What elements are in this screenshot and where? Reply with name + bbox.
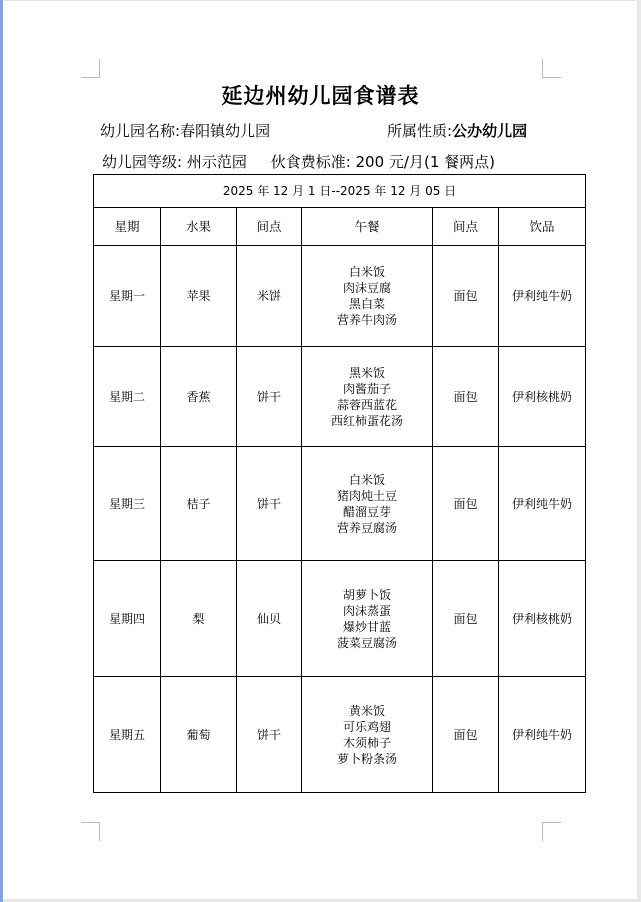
drink-cell: 伊利核桃奶 [499, 347, 586, 447]
header-fruit: 水果 [161, 208, 237, 246]
fruit-cell: 桔子 [161, 447, 237, 561]
snack1-cell: 饼干 [237, 447, 302, 561]
crop-mark-bottom-right [542, 822, 561, 841]
drink-cell: 伊利核桃奶 [499, 561, 586, 677]
window-left-edge [0, 0, 3, 902]
snack2-cell: 面包 [433, 561, 499, 677]
lunch-cell: 白米饭 肉沫豆腐 黑白菜 营养牛肉汤 [302, 246, 433, 347]
meal-fee-value: 200 元/月(1 餐两点) [351, 153, 495, 171]
lunch-item: 胡萝卜饭 [302, 587, 432, 603]
snack1-cell: 饼干 [237, 677, 302, 793]
lunch-item: 菠菜豆腐汤 [302, 635, 432, 651]
kindergarten-name-label: 幼儿园名称: [100, 122, 180, 140]
lunch-item: 肉酱茄子 [302, 381, 432, 397]
kindergarten-nature-label: 所属性质: [387, 122, 452, 140]
drink-cell: 伊利纯牛奶 [499, 677, 586, 793]
table-row: 星期三 桔子 饼干 白米饭 猪肉炖土豆 醋溜豆芽 营养豆腐汤 面包 伊利纯牛奶 [94, 447, 586, 561]
menu-table: 2025 年 12 月 1 日--2025 年 12 月 05 日 星期 水果 … [93, 174, 586, 793]
lunch-item: 西红柿蛋花汤 [302, 413, 432, 429]
snack1-cell: 饼干 [237, 347, 302, 447]
lunch-item: 黑白菜 [302, 296, 432, 312]
fruit-cell: 香蕉 [161, 347, 237, 447]
window-top-edge [3, 0, 641, 1]
header-day: 星期 [94, 208, 161, 246]
header-lunch: 午餐 [302, 208, 433, 246]
fruit-cell: 梨 [161, 561, 237, 677]
kindergarten-nature-value: 公办幼儿园 [452, 122, 527, 140]
table-row: 星期二 香蕉 饼干 黑米饭 肉酱茄子 蒜蓉西蓝花 西红柿蛋花汤 面包 伊利核桃奶 [94, 347, 586, 447]
snack1-cell: 仙贝 [237, 561, 302, 677]
lunch-item: 肉沫蒸蛋 [302, 603, 432, 619]
kindergarten-level-fee-line: 幼儿园等级: 州示范园 伙食费标准: 200 元/月(1 餐两点) [102, 151, 495, 172]
lunch-item: 猪肉炖土豆 [302, 488, 432, 504]
lunch-item: 可乐鸡翅 [302, 719, 432, 735]
lunch-item: 蒜蓉西蓝花 [302, 397, 432, 413]
kindergarten-name-line: 幼儿园名称:春阳镇幼儿园 [100, 120, 270, 141]
lunch-item: 爆炒甘蓝 [302, 619, 432, 635]
fruit-cell: 葡萄 [161, 677, 237, 793]
lunch-item: 木须柿子 [302, 735, 432, 751]
lunch-cell: 白米饭 猪肉炖土豆 醋溜豆芽 营养豆腐汤 [302, 447, 433, 561]
table-row: 星期五 葡萄 饼干 黄米饭 可乐鸡翅 木须柿子 萝卜粉条汤 面包 伊利纯牛奶 [94, 677, 586, 793]
lunch-item: 肉沫豆腐 [302, 280, 432, 296]
lunch-item: 白米饭 [302, 264, 432, 280]
kindergarten-level-label: 幼儿园等级: [102, 153, 182, 171]
day-cell: 星期四 [94, 561, 161, 677]
vertical-scrollbar-track[interactable] [637, 0, 641, 902]
document-title: 延边州幼儿园食谱表 [0, 80, 641, 110]
drink-cell: 伊利纯牛奶 [499, 447, 586, 561]
kindergarten-level-value: 州示范园 [182, 153, 247, 171]
day-cell: 星期二 [94, 347, 161, 447]
snack1-cell: 米饼 [237, 246, 302, 347]
lunch-item: 黄米饭 [302, 703, 432, 719]
lunch-item: 营养豆腐汤 [302, 520, 432, 536]
kindergarten-name-value: 春阳镇幼儿园 [180, 122, 270, 140]
date-range-row: 2025 年 12 月 1 日--2025 年 12 月 05 日 [94, 175, 586, 208]
lunch-item: 营养牛肉汤 [302, 312, 432, 328]
drink-cell: 伊利纯牛奶 [499, 246, 586, 347]
crop-mark-bottom-left [81, 822, 100, 841]
crop-mark-top-right [542, 59, 561, 78]
day-cell: 星期三 [94, 447, 161, 561]
header-snack-2: 间点 [433, 208, 499, 246]
meal-fee-label: 伙食费标准: [271, 153, 351, 171]
day-cell: 星期一 [94, 246, 161, 347]
fruit-cell: 苹果 [161, 246, 237, 347]
table-row: 星期四 梨 仙贝 胡萝卜饭 肉沫蒸蛋 爆炒甘蓝 菠菜豆腐汤 面包 伊利核桃奶 [94, 561, 586, 677]
lunch-cell: 黑米饭 肉酱茄子 蒜蓉西蓝花 西红柿蛋花汤 [302, 347, 433, 447]
snack2-cell: 面包 [433, 447, 499, 561]
lunch-cell: 黄米饭 可乐鸡翅 木须柿子 萝卜粉条汤 [302, 677, 433, 793]
snack2-cell: 面包 [433, 347, 499, 447]
lunch-item: 黑米饭 [302, 365, 432, 381]
crop-mark-top-left [81, 59, 100, 78]
lunch-cell: 胡萝卜饭 肉沫蒸蛋 爆炒甘蓝 菠菜豆腐汤 [302, 561, 433, 677]
lunch-item: 白米饭 [302, 472, 432, 488]
lunch-item: 萝卜粉条汤 [302, 751, 432, 767]
header-drink: 饮品 [499, 208, 586, 246]
date-range-cell: 2025 年 12 月 1 日--2025 年 12 月 05 日 [94, 175, 586, 208]
snack2-cell: 面包 [433, 246, 499, 347]
header-row: 星期 水果 间点 午餐 间点 饮品 [94, 208, 586, 246]
table-row: 星期一 苹果 米饼 白米饭 肉沫豆腐 黑白菜 营养牛肉汤 面包 伊利纯牛奶 [94, 246, 586, 347]
day-cell: 星期五 [94, 677, 161, 793]
snack2-cell: 面包 [433, 677, 499, 793]
header-snack-1: 间点 [237, 208, 302, 246]
lunch-item: 醋溜豆芽 [302, 504, 432, 520]
kindergarten-nature-line: 所属性质:公办幼儿园 [387, 120, 527, 141]
